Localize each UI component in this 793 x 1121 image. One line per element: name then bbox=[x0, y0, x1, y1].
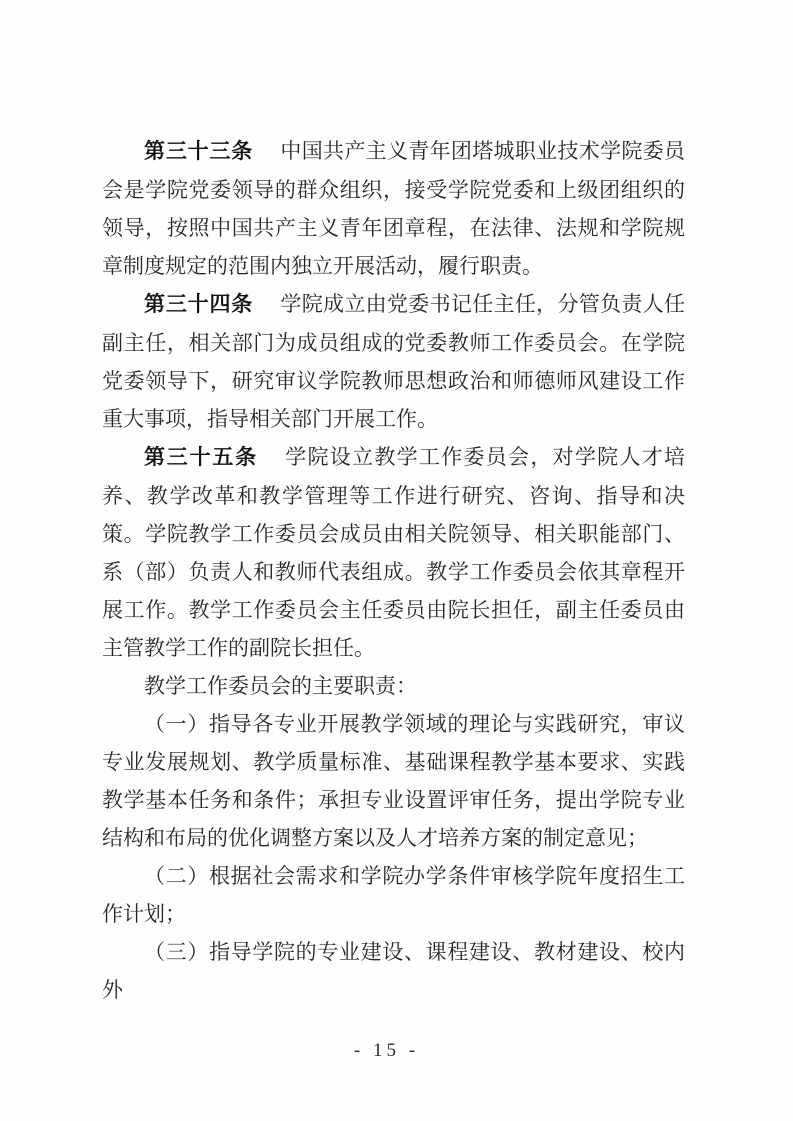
paragraph-duty-item-3: （三）指导学院的专业建设、课程建设、教材建设、校内外 bbox=[102, 933, 685, 1009]
article-35-number: 第三十五条 bbox=[144, 446, 258, 469]
paragraph-article-35: 第三十五条学院设立教学工作委员会，对学院人才培养、教学改革和教学管理等工作进行研… bbox=[102, 438, 685, 667]
page-footer: - 15 - bbox=[0, 1040, 773, 1062]
paragraph-article-34: 第三十四条学院成立由党委书记任主任，分管负责人任副主任，相关部门为成员组成的党委… bbox=[102, 285, 685, 438]
article-35-text: 学院设立教学工作委员会，对学院人才培养、教学改革和教学管理等工作进行研究、咨询、… bbox=[102, 445, 685, 660]
duty-item-1-text: （一）指导各专业开展教学领域的理论与实践研究，审议专业发展规划、教学质量标准、基… bbox=[102, 712, 685, 850]
document-body: 第三十三条中国共产主义青年团塔城职业技术学院委员会是学院党委领导的群众组织，接受… bbox=[102, 132, 685, 1009]
paragraph-duties-heading: 教学工作委员会的主要职责： bbox=[102, 667, 685, 705]
page-number: - 15 - bbox=[354, 1040, 419, 1061]
duty-item-2-text: （二）根据社会需求和学院办学条件审核学院年度招生工作计划； bbox=[102, 864, 685, 926]
document-page: 第三十三条中国共产主义青年团塔城职业技术学院委员会是学院党委领导的群众组织，接受… bbox=[0, 0, 793, 1121]
paragraph-duty-item-2: （二）根据社会需求和学院办学条件审核学院年度招生工作计划； bbox=[102, 857, 685, 933]
paragraph-duty-item-1: （一）指导各专业开展教学领域的理论与实践研究，审议专业发展规划、教学质量标准、基… bbox=[102, 705, 685, 857]
article-34-number: 第三十四条 bbox=[144, 293, 253, 316]
duty-item-3-text: （三）指导学院的专业建设、课程建设、教材建设、校内外 bbox=[102, 940, 685, 1002]
duties-heading-text: 教学工作委员会的主要职责： bbox=[144, 674, 417, 698]
article-33-number: 第三十三条 bbox=[144, 140, 253, 163]
paragraph-article-33: 第三十三条中国共产主义青年团塔城职业技术学院委员会是学院党委领导的群众组织，接受… bbox=[102, 132, 685, 285]
